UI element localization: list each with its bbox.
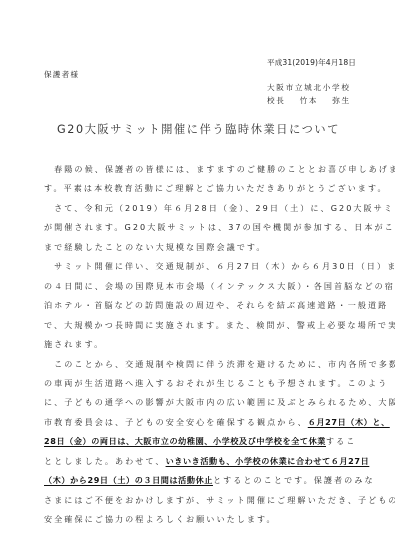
body-text: 安全確保にご協力の程よろしくお願いいたします。 — [44, 514, 277, 524]
principal-given-name: 弥生 — [332, 94, 351, 107]
body-line: 安全確保にご協力の程よろしくお願いいたします。 — [44, 513, 277, 525]
recipient-salutation: 保護者様 — [44, 69, 79, 80]
body-text: 春陽の候、保護者の皆様には、ますますのご健勝のこととお喜び申しあげま — [44, 164, 395, 174]
document-page: 平成31(2019)年4月18日 保護者様 大阪市立城北小学校 校長竹本弥生 G… — [0, 0, 395, 555]
body-line: 施されます。 — [44, 338, 104, 350]
body-text: ととしました。あわせて、 — [44, 456, 166, 466]
body-line: さて、令和元（2019）年６月28日（金）、29日（土）に、G20大阪サミット — [44, 202, 395, 214]
emphasized-text: （木）から29日（土）の３日間は活動休止 — [44, 475, 213, 485]
body-line: ととしました。あわせて、いきいき活動も、小学校の休業に合わせて６月27日 — [44, 455, 369, 467]
body-line: 泊ホテル・首脳などの訪問施設の周辺や、それらを結ぶ高速道路・一般道路 — [44, 299, 388, 311]
body-line: このことから、交通規制や検問に伴う渋滞を避けるために、市内各所で多数 — [44, 358, 395, 370]
principal-signature: 校長竹本弥生 — [267, 94, 351, 107]
body-text: さて、令和元（2019）年６月28日（金）、29日（土）に、G20大阪サミット — [44, 203, 395, 213]
emphasized-text: ６月27日（木）と、 — [308, 417, 390, 427]
body-text: まで経験したことのない大規模な国際会議です。 — [44, 242, 267, 252]
body-line: サミット開催に伴い、交通規制が、６月27日（木）から６月30日（日）まで — [44, 260, 395, 272]
body-line: す。平素は本校教育活動にご理解とご協力いただきありがとうございます。 — [44, 182, 388, 194]
body-line: に、子どもの通学への影響が大阪市内の広い範囲に及ぶとみられるため、大阪 — [44, 396, 395, 408]
emphasized-text: いきいき活動も、小学校の休業に合わせて６月27日 — [166, 456, 370, 466]
school-name: 大阪市立城北小学校 — [267, 81, 351, 94]
principal-role: 校長 — [267, 94, 286, 107]
body-line: （木）から29日（土）の３日間は活動休止とするとのことです。保護者のみな — [44, 474, 375, 486]
body-line: まで経験したことのない大規模な国際会議です。 — [44, 241, 267, 253]
emphasized-text: 28日（金）の両日は、大阪市立の幼稚園、小学校及び中学校を全て休業 — [44, 436, 326, 446]
body-line: 市教育委員会は、子どもの安全安心を確保する観点から、６月27日（木）と、 — [44, 416, 390, 428]
body-line: 春陽の候、保護者の皆様には、ますますのご健勝のこととお喜び申しあげま — [44, 163, 395, 175]
body-text: で、大規模かつ長時間に実施されます。また、検問が、警戒上必要な場所で実 — [44, 320, 395, 330]
body-text: とするとのことです。保護者のみな — [213, 475, 375, 485]
body-text: さまにはご不便をおかけしますが、サミット開催にご理解いただき、子どもの — [44, 495, 395, 505]
body-text: するこ — [326, 436, 356, 446]
body-text: の車両が生活道路へ進入するおそれが生じることも予想されます。このよう — [44, 378, 388, 388]
body-text: の４日間に、会場の国際見本市会場（インテックス大阪）・各国首脳などの宿 — [44, 281, 395, 291]
document-date: 平成31(2019)年4月18日 — [267, 57, 356, 68]
principal-surname: 竹本 — [300, 94, 319, 107]
document-title: G20大阪サミット開催に伴う臨時休業日について — [57, 121, 340, 137]
body-line: さまにはご不便をおかけしますが、サミット開催にご理解いただき、子どもの — [44, 494, 395, 506]
body-line: が開催されます。G20大阪サミットは、37の国や機関が参加する、日本がこれ — [44, 221, 395, 233]
body-text: す。平素は本校教育活動にご理解とご協力いただきありがとうございます。 — [44, 183, 388, 193]
body-line: で、大規模かつ長時間に実施されます。また、検問が、警戒上必要な場所で実 — [44, 319, 395, 331]
body-line: 28日（金）の両日は、大阪市立の幼稚園、小学校及び中学校を全て休業するこ — [44, 435, 356, 447]
body-text: サミット開催に伴い、交通規制が、６月27日（木）から６月30日（日）まで — [44, 261, 395, 271]
body-line: の４日間に、会場の国際見本市会場（インテックス大阪）・各国首脳などの宿 — [44, 280, 395, 292]
body-text: 市教育委員会は、子どもの安全安心を確保する観点から、 — [44, 417, 308, 427]
body-text: 施されます。 — [44, 339, 104, 349]
body-text: 泊ホテル・首脳などの訪問施設の周辺や、それらを結ぶ高速道路・一般道路 — [44, 300, 388, 310]
body-text: が開催されます。G20大阪サミットは、37の国や機関が参加する、日本がこれ — [44, 222, 395, 232]
body-text: このことから、交通規制や検問に伴う渋滞を避けるために、市内各所で多数 — [44, 359, 395, 369]
body-line: の車両が生活道路へ進入するおそれが生じることも予想されます。このよう — [44, 377, 388, 389]
body-text: に、子どもの通学への影響が大阪市内の広い範囲に及ぶとみられるため、大阪 — [44, 397, 395, 407]
